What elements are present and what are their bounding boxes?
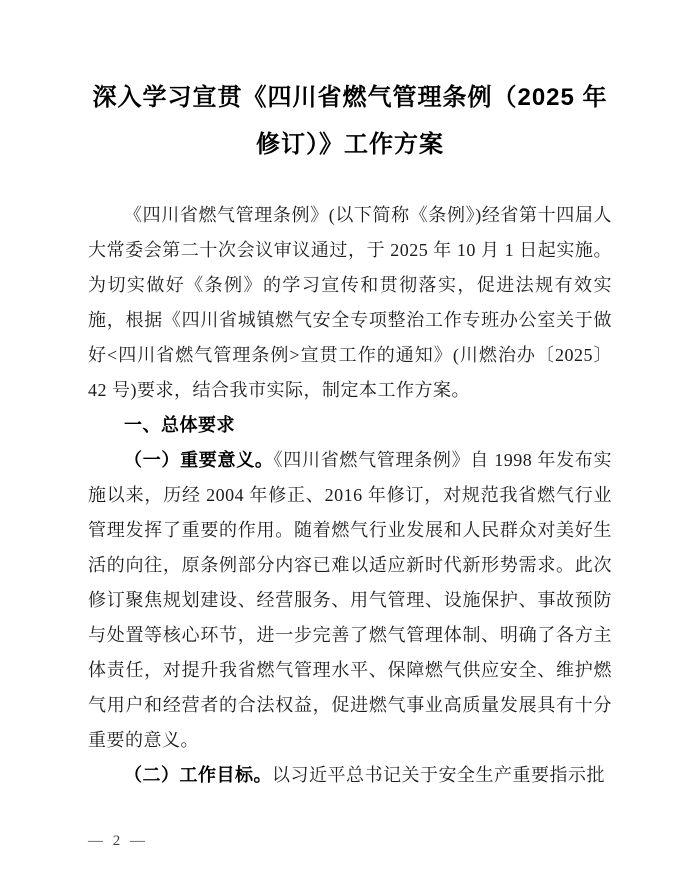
paragraph-work-goals-body: 以习近平总书记关于安全生产重要指示批 (272, 765, 605, 785)
paragraph-work-goals-lead: （二）工作目标。 (124, 765, 272, 785)
paragraph-importance: （一）重要意义。《四川省燃气管理条例》自 1998 年发布实施以来，历经 200… (88, 443, 612, 758)
paragraph-importance-body: 《四川省燃气管理条例》自 1998 年发布实施以来，历经 2004 年修正、20… (88, 450, 612, 750)
paragraph-importance-lead: （一）重要意义。 (124, 450, 274, 470)
section-heading-general-requirements: 一、总体要求 (88, 408, 612, 443)
intro-paragraph: 《四川省燃气管理条例》(以下简称《条例》)经省第十四届人大常委会第二十次会议审议… (88, 198, 612, 408)
paragraph-work-goals: （二）工作目标。以习近平总书记关于安全生产重要指示批 (88, 758, 612, 793)
document-page: 深入学习宣贯《四川省燃气管理条例（2025 年修订）》工作方案 《四川省燃气管理… (0, 0, 674, 884)
page-number: — 2 — (88, 833, 148, 850)
document-title: 深入学习宣贯《四川省燃气管理条例（2025 年修订）》工作方案 (88, 74, 612, 168)
